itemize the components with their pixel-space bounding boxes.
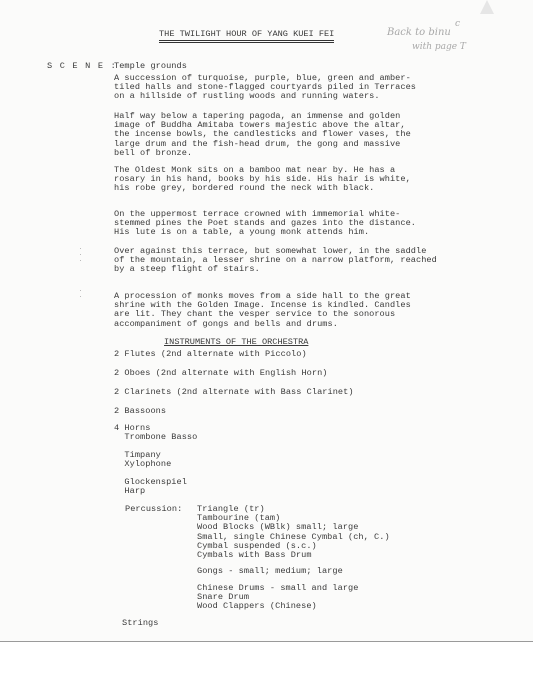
scene-label: S C E N E : [47, 62, 117, 71]
percussion-item: Gongs - small; medium; large [197, 567, 343, 576]
instrument-item: 2 Oboes (2nd alternate with English Horn… [114, 369, 328, 378]
handwritten-note-line2: with page T [412, 42, 466, 52]
instrument-item: Harp [114, 487, 145, 496]
percussion-label: Percussion: [125, 505, 182, 514]
instrument-item: 2 Clarinets (2nd alternate with Bass Cla… [114, 388, 354, 397]
percussion-item: Cymbals with Bass Drum [197, 551, 312, 560]
document-title: THE TWILIGHT HOUR OF YANG KUEI FEI [159, 29, 334, 41]
instrument-item: Xylophone [114, 460, 171, 469]
instrument-item: 2 Flutes (2nd alternate with Piccolo) [114, 350, 307, 359]
paragraph-line: bell of bronze. [114, 149, 192, 158]
paragraph-line: accompaniment of gongs and bells and dru… [114, 320, 338, 329]
paragraph-line: his robe grey, bordered round the neck w… [114, 184, 374, 193]
paragraph-line: by a steep flight of stairs. [114, 265, 260, 274]
handwritten-note-line1: Back to binu [387, 27, 451, 38]
instrument-item: Trombone Basso [114, 433, 197, 442]
instrument-item-strings: Strings [122, 619, 158, 628]
document-page: THE TWILIGHT HOUR OF YANG KUEI FEI Back … [0, 0, 533, 642]
paper-corner-mark [480, 0, 494, 14]
scene-value: Temple grounds [114, 62, 187, 71]
paragraph-line: on a hillside of rustling woods and runn… [114, 92, 380, 101]
percussion-item: Wood Clappers (Chinese) [197, 602, 317, 611]
handwritten-note-superscript: c [455, 19, 460, 29]
paragraph-line: His lute is on a table, a young monk att… [114, 228, 369, 237]
instruments-heading: INSTRUMENTS OF THE ORCHESTRA [164, 337, 308, 347]
instrument-item: 2 Bassoons [114, 407, 166, 416]
